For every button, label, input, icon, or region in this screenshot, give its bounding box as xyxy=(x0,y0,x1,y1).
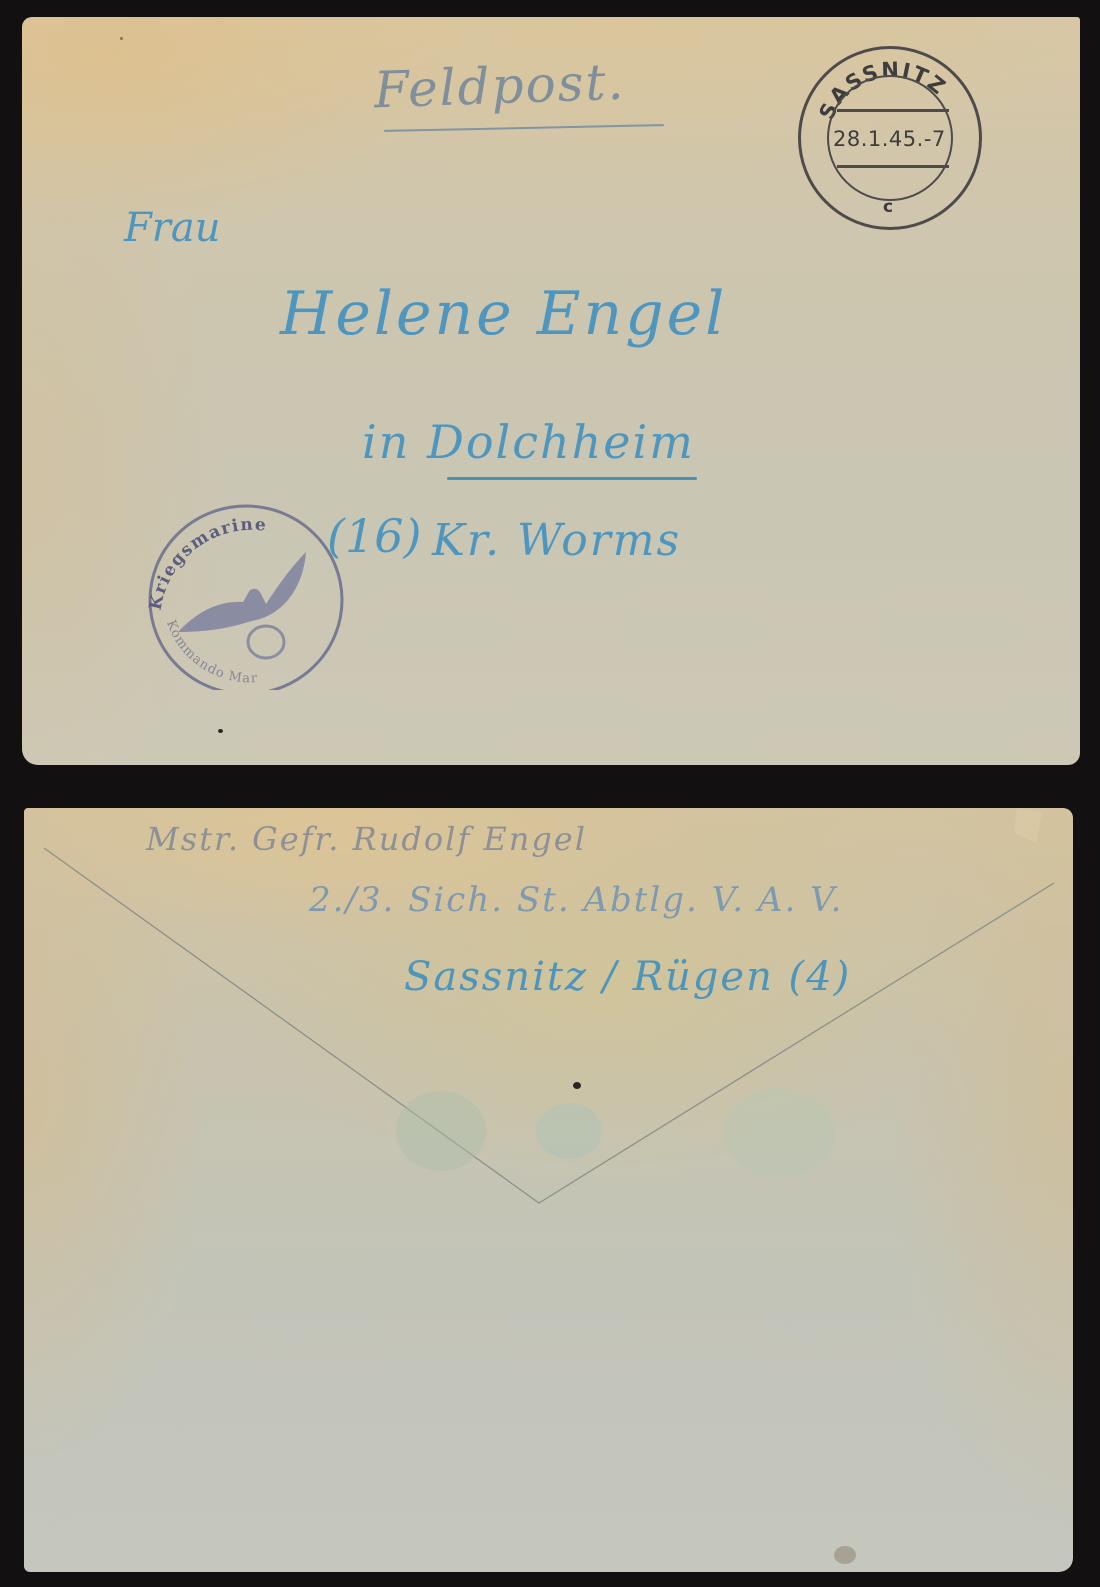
glue-stain xyxy=(536,1103,602,1159)
glue-stain xyxy=(724,1088,834,1178)
postmark-bar-bottom xyxy=(837,165,949,168)
kriegsmarine-seal: Kriegsmarine Kommando Marine-Kriegstechn… xyxy=(138,500,352,690)
sassnitz-postmark: SASSNITZ 28.1.45.-7 c xyxy=(798,46,982,230)
postmark-date: 28.1.45.-7 xyxy=(833,127,946,151)
glue-stain xyxy=(396,1091,486,1171)
sender-unit: 2./3. Sich. St. Abtlg. V. A. V. xyxy=(309,880,843,920)
postmark-bar-top xyxy=(837,109,949,112)
eagle-emblem-icon xyxy=(178,552,306,658)
recipient-name: Helene Engel xyxy=(280,279,727,349)
envelope-flap-creases xyxy=(24,808,1073,1572)
sender-rank-name: Mstr. Gefr. Rudolf Engel xyxy=(146,820,587,858)
ink-speck xyxy=(573,1082,581,1089)
feldpost-note: Feldpost. xyxy=(373,53,626,120)
paper-speck xyxy=(120,37,123,40)
paper-speck xyxy=(218,729,223,733)
envelope-front: Feldpost. SASSNITZ 28.1.45.-7 c Frau Hel… xyxy=(22,17,1080,765)
district: Kr. Worms xyxy=(432,515,681,566)
recipient-town: in Dolchheim xyxy=(362,415,695,469)
edge-damage xyxy=(834,1546,856,1564)
envelope-back: Mstr. Gefr. Rudolf Engel 2./3. Sich. St.… xyxy=(24,808,1073,1572)
feldpost-underline xyxy=(384,124,664,132)
salutation: Frau xyxy=(124,205,220,251)
postmark-letter: c xyxy=(883,197,893,217)
sender-location: Sassnitz / Rügen (4) xyxy=(404,954,851,1000)
town-underline xyxy=(447,477,697,480)
